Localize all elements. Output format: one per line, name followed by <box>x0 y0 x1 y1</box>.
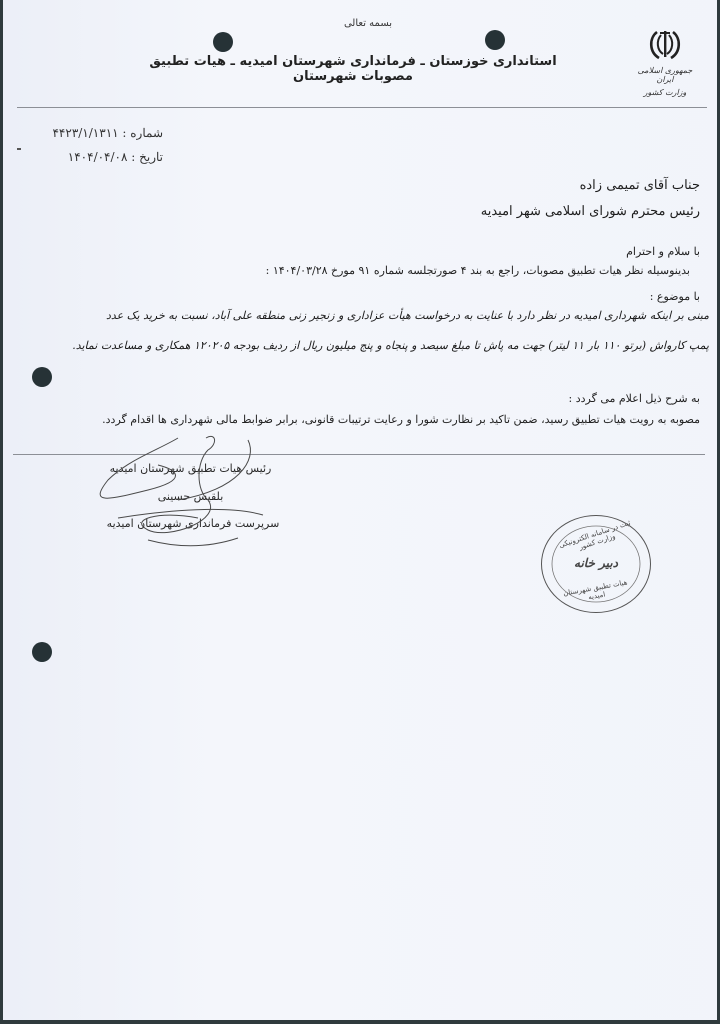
bismillah: بسمه تعالی <box>303 18 433 29</box>
hole-punch-mid-left <box>32 367 52 387</box>
scanned-letter-page: بسمه تعالی استانداری خوزستان ـ فرمانداری… <box>3 0 717 1020</box>
recipient-name: جناب آقای تمیمی زاده <box>403 178 700 193</box>
handwritten-signature-icon <box>88 430 288 560</box>
intro-line: بدینوسیله نظر هیات تطبیق مصوبات، راجع به… <box>143 264 690 277</box>
iran-emblem-icon <box>645 28 685 62</box>
header-divider <box>17 107 707 108</box>
number-label: شماره : <box>122 126 163 140</box>
scan-mark <box>17 148 21 150</box>
number-value: ۴۴۲۳/۱/۱۳۱۱ <box>52 126 118 140</box>
emblem-caption-country: جمهوری اسلامی ایران <box>635 66 695 84</box>
greeting: با سلام و احترام <box>403 245 700 258</box>
letter-date: تاریخ : ۱۴۰۴/۰۴/۰۸ <box>43 150 163 164</box>
subject-label: با موضوع : <box>563 290 700 303</box>
hole-punch-top-right <box>485 30 505 50</box>
hole-punch-low-left <box>32 642 52 662</box>
resolution-line-2: پمپ کارواش (برتو ۱۱۰ بار ۱۱ لیتر) جهت مه… <box>9 339 709 352</box>
round-stamp: ثبت در سامانه الکترونیکی وزارت کشور دبیر… <box>541 515 651 613</box>
stamp-center-text: دبیر خانه <box>562 556 630 570</box>
resolution-line-1: مبنی بر اینکه شهرداری امیدیه در نظر دارد… <box>9 309 709 322</box>
announce-line: به شرح ذیل اعلام می گردد : <box>483 392 700 405</box>
emblem-caption-ministry: وزارت کشور <box>635 88 695 97</box>
date-value: ۱۴۰۴/۰۴/۰۸ <box>68 150 128 164</box>
decision-line: مصوبه به رویت هیات تطبیق رسید، ضمن تاکید… <box>59 413 700 426</box>
letter-number: شماره : ۴۴۲۳/۱/۱۳۱۱ <box>43 126 163 140</box>
recipient-title: رئیس محترم شورای اسلامی شهر امیدیه <box>403 204 700 219</box>
letterhead-title: استانداری خوزستان ـ فرمانداری شهرستان ام… <box>143 54 563 84</box>
emblem-block: جمهوری اسلامی ایران وزارت کشور <box>635 28 695 97</box>
hole-punch-top-left <box>213 32 233 52</box>
date-label: تاریخ : <box>131 150 163 164</box>
